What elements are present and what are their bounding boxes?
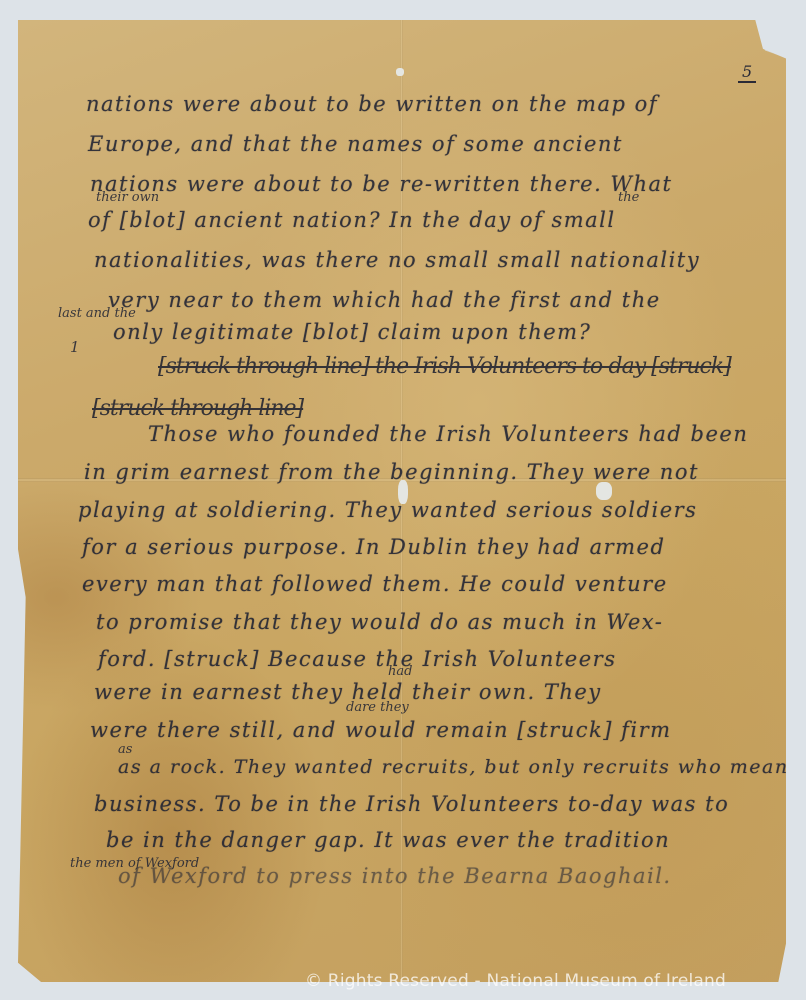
text-line-6: very near to them which had the first an… [108,288,661,312]
text-line-11: in grim earnest from the beginning. They… [84,460,699,484]
text-line-1: nations were about to be written on the … [86,92,658,116]
text-line-15: to promise that they would do as much in… [96,610,663,634]
struck-line-1: [struck-through line] the Irish Voluntee… [158,354,731,379]
page-number: 5 [738,62,756,83]
margin-insertion-last: last and the [58,306,136,321]
torn-corner [756,20,786,58]
text-line-21: be in the danger gap. It was ever the tr… [106,828,670,852]
text-line-2: Europe, and that the names of some ancie… [88,132,623,156]
insertion-had: had [388,664,412,679]
struck-line-2: [struck-through line] [92,396,303,421]
text-line-18: were there still, and would remain [stru… [90,718,672,742]
insertion-the: the [618,190,639,205]
margin-mark: 1 [70,338,80,356]
text-line-13: for a serious purpose. In Dublin they ha… [82,535,665,559]
insertion-dare-they: dare they [346,700,409,715]
text-line-4: of [blot] ancient nation? In the day of … [88,208,616,232]
insertion-their-own: their own [96,190,159,205]
text-line-14: every man that followed them. He could v… [82,572,668,596]
text-line-16: ford. [struck] Because the Irish Volunte… [98,647,616,671]
copyright-watermark: © Rights Reserved - National Museum of I… [305,971,726,991]
text-line-10: Those who founded the Irish Volunteers h… [148,422,748,446]
insertion-as: as [118,742,132,757]
paper-hole [396,68,404,76]
text-line-7: only legitimate [blot] claim upon them? [113,320,591,344]
text-line-20: business. To be in the Irish Volunteers … [94,792,729,816]
manuscript-page: 5 nations were about to be written on th… [18,20,786,982]
text-line-19: as a rock. They wanted recruits, but onl… [118,756,798,778]
text-line-12: playing at soldiering. They wanted serio… [78,498,697,522]
text-line-22: of Wexford to press into the Bearna Baog… [118,864,672,888]
text-line-3: nations were about to be re-written ther… [90,172,673,196]
text-line-5: nationalities, was there no small small … [94,248,700,272]
